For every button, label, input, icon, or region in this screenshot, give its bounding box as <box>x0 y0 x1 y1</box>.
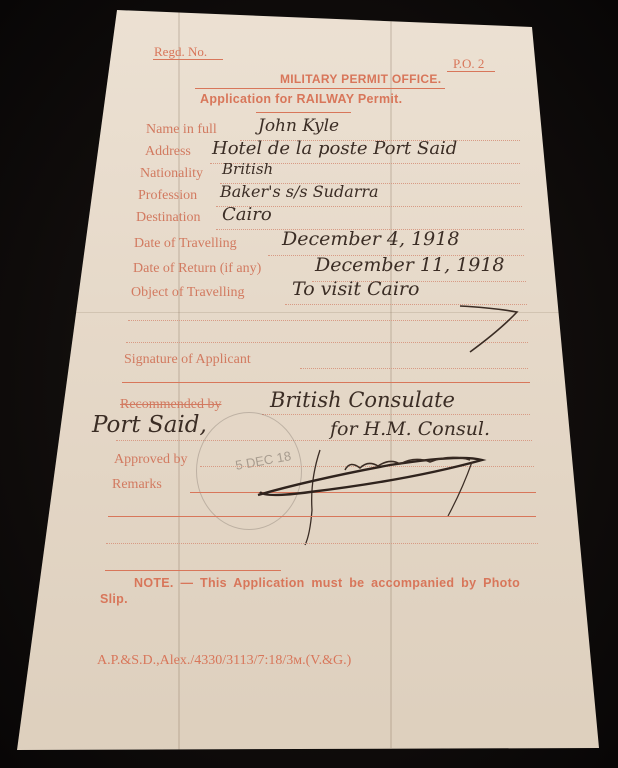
rule <box>153 59 223 60</box>
value-nationality: British <box>222 160 273 178</box>
rule <box>105 570 281 571</box>
note: NOTE. — This Application must be accompa… <box>100 575 540 607</box>
office-title: MILITARY PERMIT OFFICE. <box>280 72 441 86</box>
value-date-return: December 11, 1918 <box>315 254 505 276</box>
rule <box>195 88 445 89</box>
label-nationality: Nationality <box>140 166 203 182</box>
label-destination: Destination <box>136 210 201 226</box>
fold-line <box>390 18 392 748</box>
value-recommended: British Consulate <box>270 388 455 412</box>
value-date-travelling: December 4, 1918 <box>282 228 459 250</box>
approval-signature-text: J. Darmanin <box>330 446 335 447</box>
reg-no-label: Regd. No. <box>154 44 207 60</box>
subtitle: Application for RAILWAY Permit. <box>200 92 402 106</box>
value-recommended-for: for H.M. Consul. <box>330 418 490 440</box>
ink-flourish <box>455 300 525 360</box>
rule <box>262 414 530 415</box>
value-recommended-place: Port Said, <box>92 412 207 438</box>
approval-signature <box>250 440 490 550</box>
label-profession: Profession <box>138 188 197 204</box>
label-signature: Signature of Applicant <box>124 352 251 368</box>
rule <box>108 516 536 517</box>
label-date-travelling: Date of Travelling <box>134 236 237 252</box>
label-recommended: Recommended by <box>120 397 221 413</box>
value-name: John Kyle <box>258 116 339 136</box>
rule <box>122 382 530 383</box>
value-profession: Baker's s/s Sudarra <box>220 182 379 201</box>
value-address: Hotel de la poste Port Said <box>212 138 457 159</box>
label-date-return: Date of Return (if any) <box>133 261 261 277</box>
label-object: Object of Travelling <box>131 285 245 301</box>
rule <box>256 112 351 113</box>
label-remarks: Remarks <box>112 477 162 493</box>
fold-line <box>178 10 180 750</box>
printer-line: A.P.&S.D.,Alex./4330/3113/7:18/3м.(V.&G.… <box>97 653 351 669</box>
value-destination: Cairo <box>222 204 272 225</box>
rule <box>447 71 495 72</box>
value-object: To visit Cairo <box>292 278 419 300</box>
label-name: Name in full <box>146 122 217 138</box>
form-code: P.O. 2 <box>453 56 484 72</box>
signature-line <box>300 368 528 369</box>
label-address: Address <box>145 144 191 160</box>
label-approved: Approved by <box>114 452 188 468</box>
rule <box>106 543 538 544</box>
